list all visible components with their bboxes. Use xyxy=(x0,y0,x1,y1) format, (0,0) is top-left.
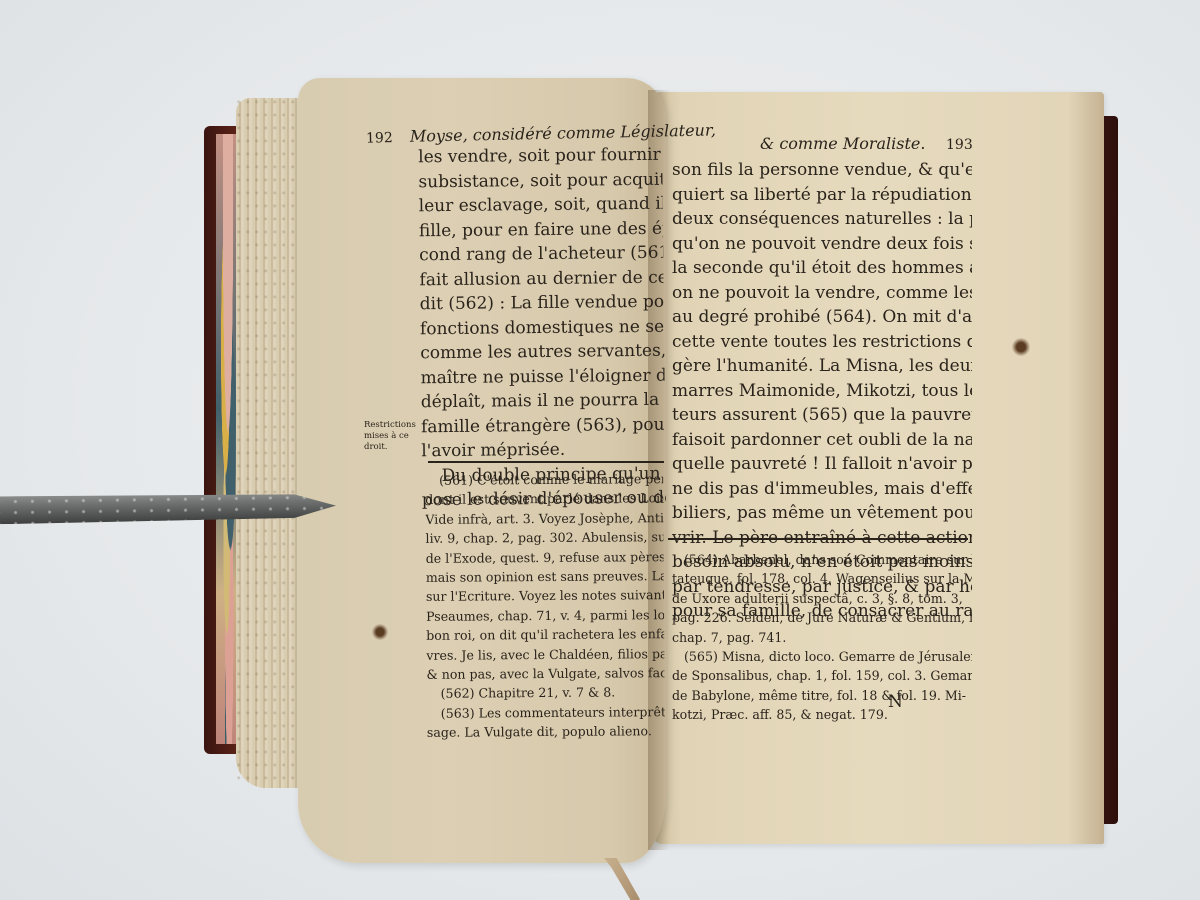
text-line: deux conséquences naturelles : la premiè… xyxy=(672,207,972,232)
footnote-line: de Sponsalibus, chap. 1, fol. 159, col. … xyxy=(672,666,972,685)
footnote-line: vres. Je lis, avec le Chaldéen, filios p… xyxy=(426,644,664,665)
right-page-number-wrap: 193 xyxy=(946,134,973,153)
footnote-line: liv. 9, chap. 2, pag. 302. Abulensis, su… xyxy=(425,527,663,548)
bookmark-ribbon xyxy=(604,858,640,900)
margin-note: Restrictions mises à ce droit. xyxy=(364,420,416,453)
text-line: quiert sa liberté par la répudiation, on… xyxy=(672,183,972,208)
text-line: famille étrangère (563), pour le pe xyxy=(421,412,665,439)
margin-note-line: droit. xyxy=(364,442,416,453)
footnote-line: kotzi, Præc. aff. 85, & negat. 179. xyxy=(672,705,972,724)
text-line: qu'on ne pouvoit vendre deux fois sa fil… xyxy=(672,232,972,257)
right-running-head: & comme Moraliste. xyxy=(760,134,925,153)
text-line: teurs assurent (565) que la pauvreté seu… xyxy=(672,403,972,428)
right-page-number: 193 xyxy=(946,137,973,153)
footnote-line: mais son opinion est sans preuves. La nô… xyxy=(426,566,664,587)
text-line: dit (562) : La fille vendue pour rempl xyxy=(420,290,664,317)
text-line: cond rang de l'acheteur (561). L xyxy=(419,241,663,268)
text-line: son fils la personne vendue, & qu'elle a… xyxy=(672,158,972,183)
footnote-line: sage. La Vulgate dit, populo alieno. xyxy=(427,721,665,742)
text-line: déplaît, mais il ne pourra la revendre xyxy=(421,388,665,415)
footnote-line: (561) C'étoit comme le mariage per coem xyxy=(425,469,663,490)
text-line: au degré prohibé (564). On mit d'ailleur… xyxy=(672,305,972,330)
footnote-line: chap. 7, pag. 741. xyxy=(672,628,972,647)
text-line: leur esclavage, soit, quand il s'agissoi… xyxy=(419,192,663,219)
footnote-line: sur l'Ecriture. Voyez les notes suivante… xyxy=(426,586,664,607)
book-photo-scene: 192 Moyse, considéré comme Législateur, … xyxy=(0,0,1200,900)
text-line: fonctions domestiques ne sera pas ren xyxy=(420,314,664,341)
text-line: cette vente toutes les restrictions que … xyxy=(672,330,972,355)
text-line: les vendre, soit pour fournir à sa xyxy=(418,143,662,170)
right-footnote-rule xyxy=(668,538,968,540)
footnote-line: (564) Abarbenel, dans son Commentaire su… xyxy=(672,550,972,569)
footnote-line: bon roi, on dit qu'il rachetera les enfa… xyxy=(426,624,664,645)
signature-mark: N xyxy=(888,692,903,712)
left-page-number: 192 xyxy=(366,130,393,147)
text-line: ne dis pas d'immeubles, mais d'effets mo… xyxy=(672,477,972,502)
text-line: la seconde qu'il étoit des hommes auxque… xyxy=(672,256,972,281)
foxing-stain xyxy=(372,624,388,640)
margin-note-line: Restrictions xyxy=(364,420,416,431)
right-footnotes: (564) Abarbenel, dans son Commentaire su… xyxy=(672,550,972,725)
text-line: gère l'humanité. La Misna, les deux Ge- xyxy=(672,354,972,379)
text-line: comme les autres servantes, non qu xyxy=(420,339,664,366)
footnote-line: Vide infrà, art. 3. Voyez Josèphe, Antiq xyxy=(425,508,663,529)
text-line: on ne pouvoit la vendre, comme les paren… xyxy=(672,281,972,306)
text-line: biliers, pas même un vêtement pour se co… xyxy=(672,501,972,526)
left-footnote-rule xyxy=(428,461,664,463)
text-line: l'avoir méprisée. xyxy=(421,437,665,464)
footnote-line: de Babylone, même titre, fol. 18 & fol. … xyxy=(672,686,972,705)
left-body-text: les vendre, soit pour fournir à sa subsi… xyxy=(418,143,666,513)
text-line: maître ne puisse l'éloigner de lui si el xyxy=(420,363,664,390)
footnote-line: & non pas, avec la Vulgate, salvos facie… xyxy=(426,663,664,684)
left-footnotes: (561) C'étoit comme le mariage per coem … xyxy=(425,469,665,742)
margin-note-line: mises à ce xyxy=(364,431,416,442)
footnote-line: dont il est souvent parlé dans les Loix … xyxy=(425,489,663,510)
footnote-line: tateuque, fol. 178, col. 4. Wagenseilius… xyxy=(672,569,972,588)
footnote-line: (565) Misna, dicto loco. Gemarre de Jéru… xyxy=(672,647,972,666)
text-line: fille, pour en faire une des épouses d xyxy=(419,216,663,243)
footnote-line: de Uxore adulterii suspectâ, c. 3, §. 8,… xyxy=(672,589,972,608)
text-line: quelle pauvreté ! Il falloit n'avoir plu… xyxy=(672,452,972,477)
footnote-line: pag. 226. Selden, de Jure Naturæ & Genti… xyxy=(672,608,972,627)
right-running-title: & comme Moraliste. xyxy=(760,134,925,153)
footnote-line: de l'Exode, quest. 9, refuse aux pères c… xyxy=(426,547,664,568)
footnote-line: (563) Les commentateurs interprêtent ain… xyxy=(427,702,665,723)
text-line: faisoit pardonner cet oubli de la nature… xyxy=(672,428,972,453)
text-line: fait allusion au dernier de ces cas lo xyxy=(419,265,663,292)
footnote-line: Pseaumes, chap. 71, v. 4, parmi les loua… xyxy=(426,605,664,626)
footnote-line: (562) Chapitre 21, v. 7 & 8. xyxy=(427,683,665,704)
foxing-stain xyxy=(1012,338,1030,356)
text-line: subsistance, soit pour acquitter une det xyxy=(418,167,662,194)
text-line: marres Maimonide, Mikotzi, tous les Au- xyxy=(672,379,972,404)
